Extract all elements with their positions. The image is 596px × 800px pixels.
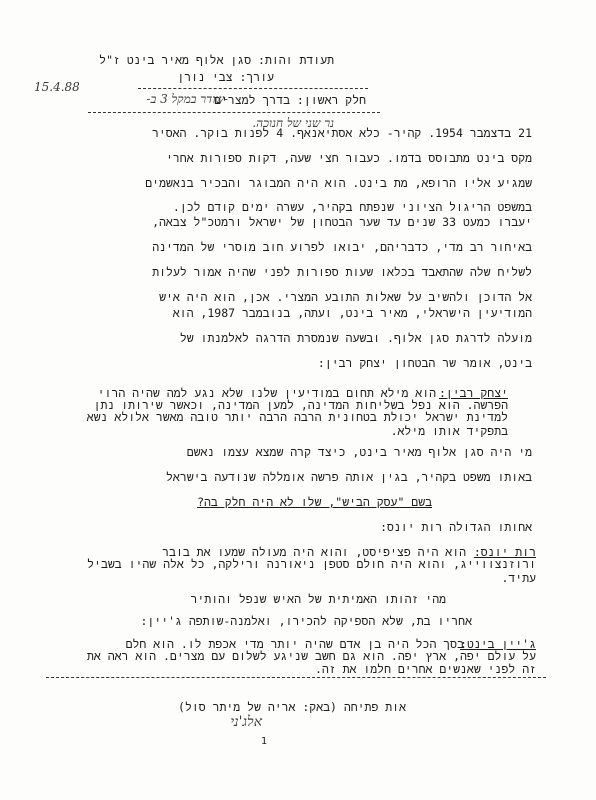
body-line: המודיעין הישראלי, מאיר בינט, ועתה, בנובמ…	[173, 306, 532, 320]
quote-line: למדינת ישראל יכולת בטחונית הרבה הרבה יות…	[87, 410, 508, 424]
body-line: 21 בדצמבר 1954. קהיר- כלא אסתיאנאף. 4 לפ…	[152, 126, 532, 140]
body-line: במשפט הריגול הציוני שנפתח בקהיר, עשרה ימ…	[173, 200, 532, 214]
body-line: מהי זהותו האמיתית של האיש שנפל והותיר	[191, 592, 446, 606]
body-line: מי היה סגן אלוף מאיר בינט, כיצד קרה שמצא…	[187, 445, 532, 459]
handwritten-date: 15.4.88	[34, 80, 80, 94]
body-line: שמגיע אליו הרופא, מת בינט. הוא היה המבוג…	[145, 176, 532, 190]
body-line: באיחור רב מדי, כדבריהם, יבואו לפרוע חוב …	[152, 240, 532, 254]
quote-line: ורוזנצווייג, והוא היה חולם סטפן ניאורנה …	[87, 557, 536, 571]
body-line: מועלה לדרגת סגן אלוף. ובשעה שנמסרת הדרגה…	[180, 331, 532, 345]
divider	[88, 112, 380, 113]
signature: אלג'ני	[230, 714, 262, 731]
quote-line: עתיד.	[501, 571, 536, 585]
quote-line: זה לפני שאנשים אחרים חלמו את זה.	[315, 662, 536, 676]
body-line: אחריו בת, שלא הספיקה להכירו, ואלמנה-שותפ…	[140, 614, 472, 628]
part-heading: חלק ראשון: בדרך למצרים	[214, 93, 366, 107]
page-number: 1	[261, 736, 267, 747]
body-line: בינט, אומר שר הבטחון יצחק רבין:	[318, 356, 532, 370]
editor-line: עורך: צבי נורן	[177, 70, 274, 84]
divider	[46, 677, 546, 678]
handwritten-part-note: -שודר במקל 3 ב-	[146, 92, 228, 107]
body-line: בשם "עסק הביש", שלו לא היה חלק בה?	[197, 495, 432, 509]
document-title: תעודת והות: סגן אלוף מאיר בינט ז"ל	[99, 53, 334, 67]
body-line: מקס בינט מתבוסס בדמו. כעבור חצי שעה, דקו…	[166, 151, 532, 165]
body-line: לשליח שלה שהתאבד בכלאו שעות ספורות לפני …	[152, 265, 532, 279]
quote-line: בתפקיד אותו מילא.	[391, 424, 508, 438]
body-line: אל הדוכן ולהשיב על שאלות התובע המצרי. אכ…	[159, 290, 532, 304]
body-line: באותו משפט בקהיר, בגין אותה פרשה אומללה …	[166, 470, 532, 484]
opening-note: אות פתיחה (באק: אריה של מיתר סול)	[178, 700, 406, 714]
body-line: אחותו הגדולה רות יונס:	[380, 520, 532, 534]
body-line: יעברו כמעט 33 שנים עד שער הבטחון של ישרא…	[152, 215, 532, 229]
divider	[138, 88, 368, 89]
quote-line: על עולם יפה, ארץ יפה. הוא גם חשב שניגע ל…	[87, 649, 536, 663]
